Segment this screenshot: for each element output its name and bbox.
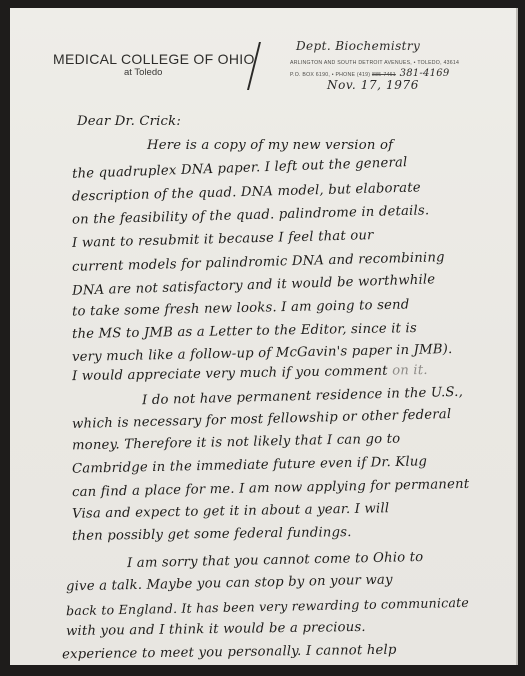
letter-line: the MS to JMB as a Letter to the Editor,… xyxy=(72,321,417,342)
letter-line: DNA are not satisfactory and it would be… xyxy=(72,272,436,298)
letter-body: Dear Dr. Crick: Here is a copy of my new… xyxy=(10,8,518,665)
letter-line: experience to meet you personally. I can… xyxy=(62,643,397,663)
letter-line: on the feasibility of the quad. palindro… xyxy=(72,203,430,227)
letter-line: which is necessary for most fellowship o… xyxy=(72,407,452,432)
letter-line: I do not have permanent residence in the… xyxy=(142,385,463,408)
letter-line: then possibly get some federal fundings. xyxy=(72,525,352,544)
letter-line: Cambridge in the immediate future even i… xyxy=(72,454,427,476)
letter-line: can find a place for me. I am now applyi… xyxy=(72,477,470,500)
letter-line: the quadruplex DNA paper. I left out the… xyxy=(72,155,408,182)
letter-line: with you and I think it would be a preci… xyxy=(66,620,366,639)
letter-line: very much like a follow-up of McGavin's … xyxy=(72,342,453,365)
faded-text: on it. xyxy=(388,363,428,379)
letter-line-text: I would appreciate very much if you comm… xyxy=(72,364,388,385)
letter-line: Here is a copy of my new version of xyxy=(147,138,393,153)
letter-page: MEDICAL COLLEGE OF OHIO at Toledo Dept. … xyxy=(10,8,518,665)
letter-line: I want to resubmit it because I feel tha… xyxy=(72,228,374,251)
letter-line: I am sorry that you cannot come to Ohio … xyxy=(127,550,424,571)
salutation: Dear Dr. Crick: xyxy=(77,114,181,129)
letter-line: to take some fresh new looks. I am going… xyxy=(72,297,410,319)
letter-line: Visa and expect to get it in about a yea… xyxy=(72,501,389,522)
letter-line: give a talk. Maybe you can stop by on yo… xyxy=(66,573,393,595)
letter-line: I would appreciate very much if you comm… xyxy=(72,363,428,384)
letter-line: money. Therefore it is not likely that I… xyxy=(72,432,401,454)
letter-line: current models for palindromic DNA and r… xyxy=(72,250,445,275)
letter-line: back to England. It has been very reward… xyxy=(66,595,469,618)
letter-line: description of the quad. DNA model, but … xyxy=(72,180,421,204)
